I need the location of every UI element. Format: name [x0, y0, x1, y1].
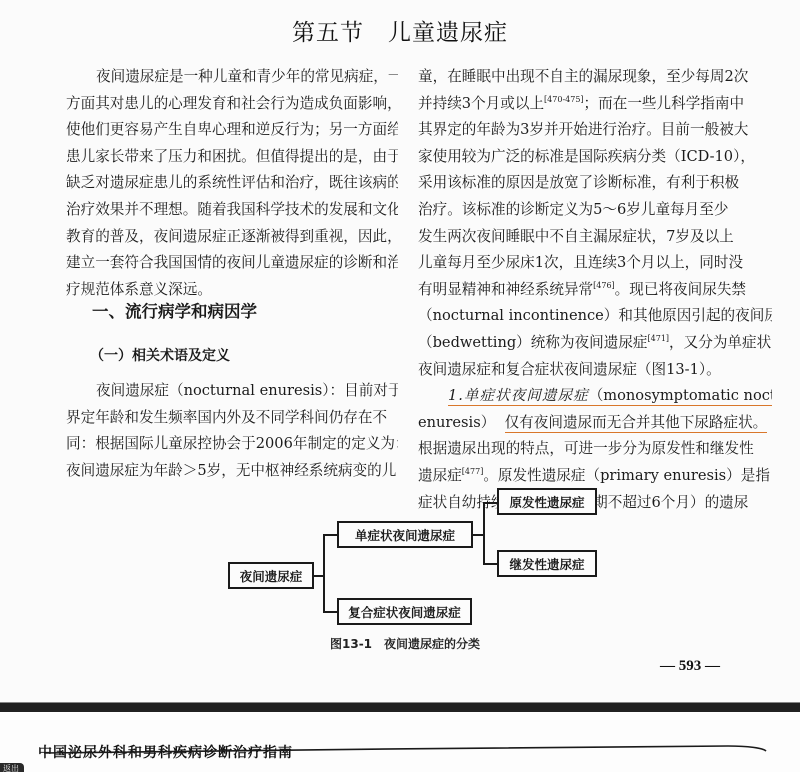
text: ；而在一些儿科学指南中: [584, 95, 745, 112]
citation: [470-475]: [544, 95, 583, 104]
text: 治疗。该标准的诊断定义为5～6岁儿童每月至少: [418, 201, 728, 218]
text-line: 其界定的年龄为3岁并开始进行治疗。目前一般被大: [418, 117, 772, 144]
connector: [323, 611, 337, 613]
text: 其界定的年龄为3岁并开始进行治疗。目前一般被大: [418, 121, 748, 138]
text-line: 治疗效果并不理想。随着我国科学技术的发展和文化: [66, 197, 398, 224]
text: 有明显精神和神经系统异常: [418, 281, 593, 298]
node-secondary: 继发性遗尿症: [497, 550, 597, 577]
text: 夜间遗尿症和复合症状夜间遗尿症（图13-1）。: [418, 361, 721, 378]
text-line: 界定年龄和发生频率国内外及不同学科间仍存在不: [66, 405, 398, 432]
text: 采用该标准的原因是放宽了诊断标准，有利于积极: [418, 174, 739, 191]
text-line: 并持续3个月或以上[470-475]；而在一些儿科学指南中: [418, 91, 772, 118]
text: （nocturnal incontinence）和其他原因引起的夜间尿床: [418, 307, 772, 324]
text: 儿童每月至少尿床1次，且连续3个月以上，同时没: [418, 254, 743, 271]
text-line: （nocturnal incontinence）和其他原因引起的夜间尿床: [418, 303, 772, 330]
classification-diagram: 夜间遗尿症 单症状夜间遗尿症 复合症状夜间遗尿症 原发性遗尿症 继发性遗尿症: [220, 482, 620, 632]
citation: [477]: [462, 467, 484, 476]
connector: [323, 534, 337, 536]
text-line-highlighted: 1.单症状夜间遗尿症（monosymptomatic nocturnal: [418, 383, 772, 410]
node-monosymptomatic: 单症状夜间遗尿症: [337, 521, 473, 548]
text-line: 采用该标准的原因是放宽了诊断标准，有利于积极: [418, 170, 772, 197]
citation: [471]: [648, 334, 670, 343]
text-line: 同：根据国际儿童尿控协会于2006年制定的定义为：: [66, 431, 398, 458]
heading-terms-definitions: （一）相关术语及定义: [90, 345, 230, 365]
left-column-intro: 夜间遗尿症是一种儿童和青少年的常见病症，一 方面其对患儿的心理发育和社会行为造成…: [66, 64, 398, 303]
term-monosymptomatic: 1.单症状夜间遗尿症: [448, 387, 589, 404]
heading-epidemiology: 一、流行病学和病因学: [92, 298, 257, 322]
text-line: 儿童每月至少尿床1次，且连续3个月以上，同时没: [418, 250, 772, 277]
text-line: 建立一套符合我国国情的夜间儿童遗尿症的诊断和治: [66, 250, 398, 277]
page-divider: [0, 702, 800, 712]
section-title: 第五节 儿童遗尿症: [0, 14, 800, 47]
figure-caption: 图13-1 夜间遗尿症的分类: [330, 635, 480, 652]
exit-tab[interactable]: 返出: [0, 763, 24, 772]
connector: [483, 502, 497, 504]
underlined-text: 仅有夜间遗尿而无合并其他下尿路症状。: [505, 414, 768, 433]
text-line: 夜间遗尿症（nocturnal enuresis）：目前对于其: [66, 378, 398, 405]
page-number: — 593 —: [660, 658, 720, 675]
text-line: 患儿家长带来了压力和困扰。但值得提出的是，由于: [66, 144, 398, 171]
text-line: 缺乏对遗尿症患儿的系统性评估和治疗，既往该病的: [66, 170, 398, 197]
text: （monosymptomatic nocturnal: [589, 387, 772, 404]
node-primary: 原发性遗尿症: [497, 488, 597, 515]
text-line: 治疗。该标准的诊断定义为5～6岁儿童每月至少: [418, 197, 772, 224]
text-line-highlighted: enuresis） 仅有夜间遗尿而无合并其他下尿路症状。: [418, 410, 772, 437]
running-head-underline: [28, 740, 768, 756]
connector: [483, 563, 497, 565]
connector: [323, 534, 325, 613]
text: （bedwetting）统称为夜间遗尿症: [418, 334, 648, 351]
text: ，又分为单症状: [669, 334, 771, 351]
text-line: （bedwetting）统称为夜间遗尿症[471]，又分为单症状: [418, 330, 772, 357]
underlined-text: 1.单症状夜间遗尿症（monosymptomatic nocturnal: [448, 387, 772, 406]
text: 家使用较为广泛的标准是国际疾病分类（ICD-10），: [418, 148, 755, 165]
text: 并持续3个月或以上: [418, 95, 544, 112]
node-non-monosymptomatic: 复合症状夜间遗尿症: [337, 598, 472, 625]
connector: [483, 502, 485, 565]
node-nocturnal-enuresis: 夜间遗尿症: [228, 562, 314, 589]
text-line: 童，在睡眠中出现不自主的漏尿现象，至少每周2次: [418, 64, 772, 91]
text-line: 有明显精神和神经系统异常[476]。现已将夜间尿失禁: [418, 277, 772, 304]
text-line: 方面其对患儿的心理发育和社会行为造成负面影响，: [66, 91, 398, 118]
right-column: 童，在睡眠中出现不自主的漏尿现象，至少每周2次 并持续3个月或以上[470-47…: [418, 64, 772, 516]
text-line: 夜间遗尿症是一种儿童和青少年的常见病症，一: [66, 64, 398, 91]
citation: [476]: [593, 281, 615, 290]
text-line: 教育的普及，夜间遗尿症正逐渐被得到重视，因此，: [66, 224, 398, 251]
text: enuresis）: [418, 414, 495, 431]
page-593: 第五节 儿童遗尿症 夜间遗尿症是一种儿童和青少年的常见病症，一 方面其对患儿的心…: [0, 0, 800, 700]
text: 发生两次夜间睡眠中不自主漏尿症状，7岁及以上: [418, 228, 734, 245]
text-line: 家使用较为广泛的标准是国际疾病分类（ICD-10），: [418, 144, 772, 171]
text-line: 夜间遗尿症为年龄＞5岁，无中枢神经系统病变的儿: [66, 458, 398, 485]
text-line: 发生两次夜间睡眠中不自主漏尿症状，7岁及以上: [418, 224, 772, 251]
left-column-definition: 夜间遗尿症（nocturnal enuresis）：目前对于其 界定年龄和发生频…: [66, 378, 398, 484]
text-line: 使他们更容易产生自卑心理和逆反行为；另一方面给: [66, 117, 398, 144]
text-line: 夜间遗尿症和复合症状夜间遗尿症（图13-1）。: [418, 357, 772, 384]
text-line: 根据遗尿出现的特点，可进一步分为原发性和继发性: [418, 436, 772, 463]
text: 童，在睡眠中出现不自主的漏尿现象，至少每周2次: [418, 68, 748, 85]
text: 根据遗尿出现的特点，可进一步分为原发性和继发性: [418, 440, 754, 457]
text: 。现已将夜间尿失禁: [615, 281, 746, 298]
